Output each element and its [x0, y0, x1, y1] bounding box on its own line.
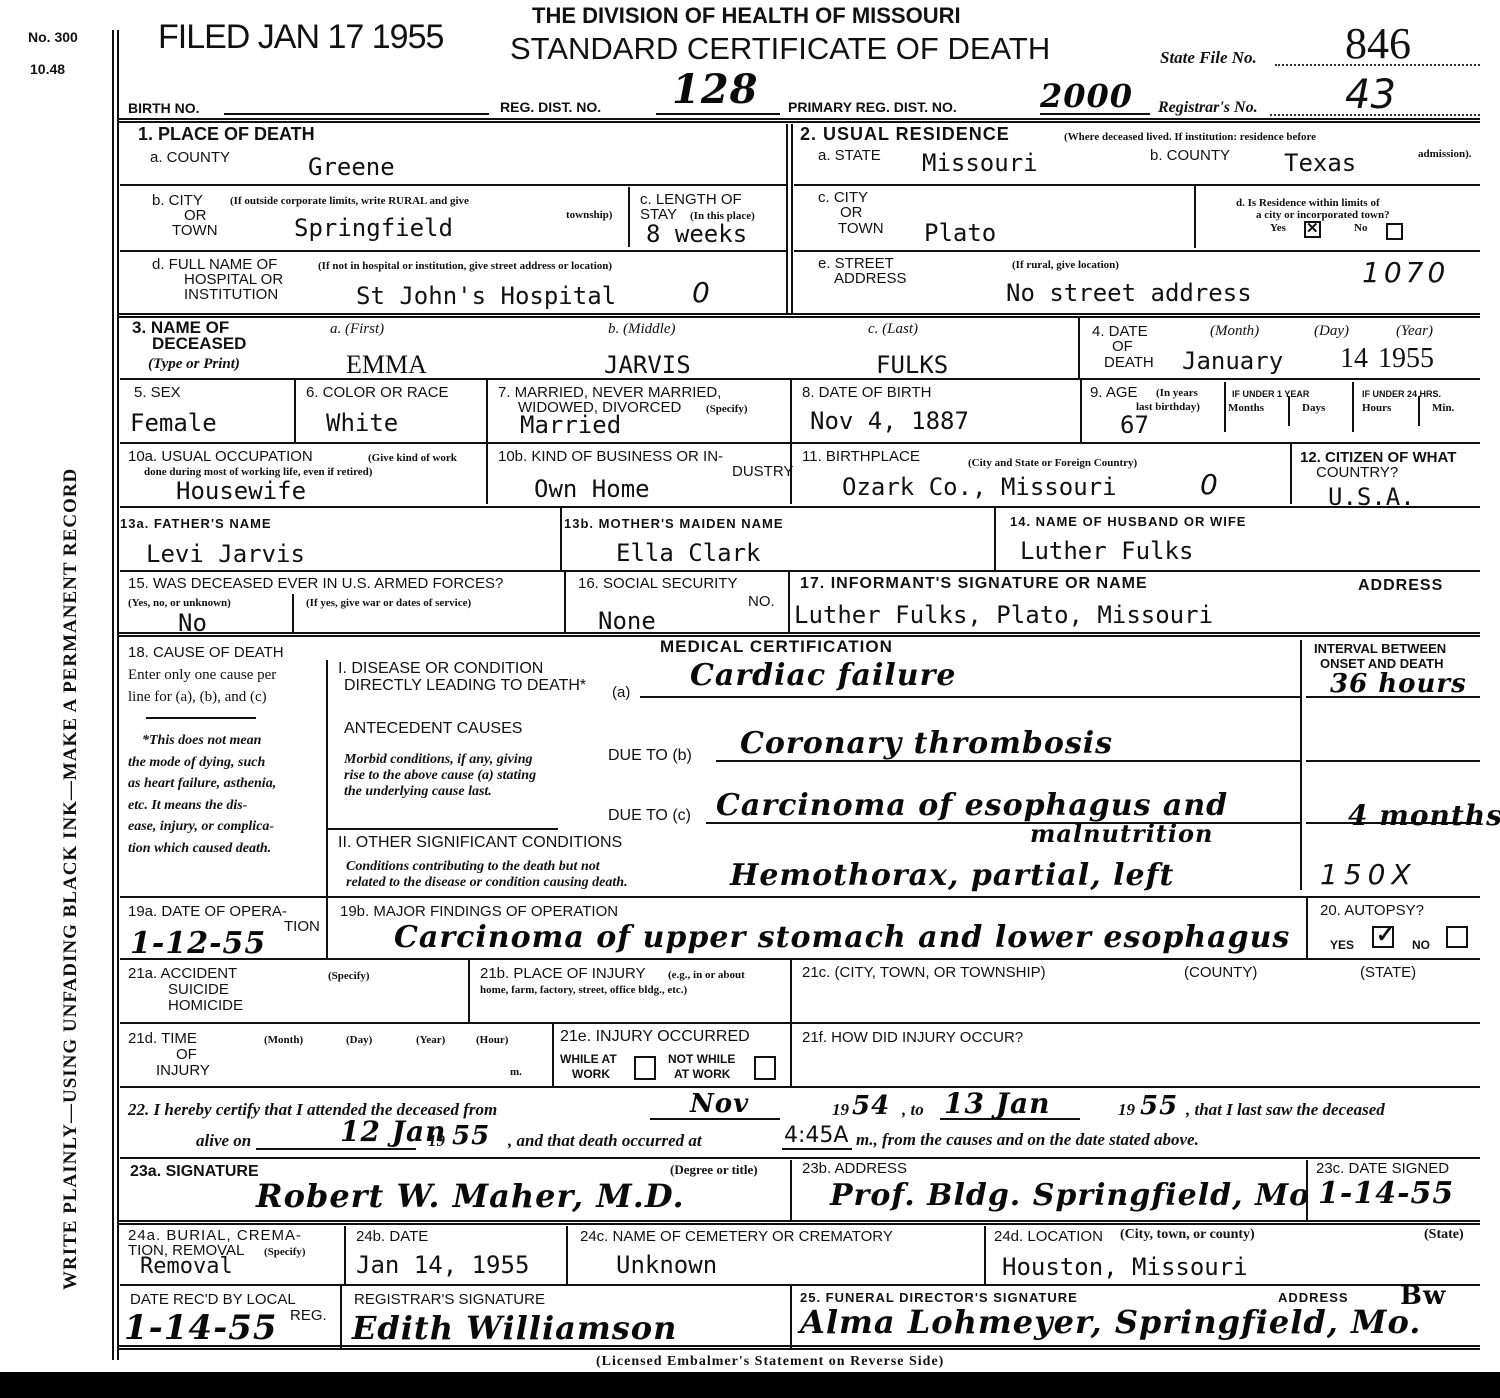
hospital-label: d. FULL NAME OF — [152, 257, 277, 272]
autopsy-yes-checkbox[interactable]: ✓ — [1372, 926, 1394, 948]
disposition-location: Houston, Missouri — [1002, 1254, 1248, 1280]
birthplace-code: 0 — [1200, 468, 1218, 501]
length-of-stay: 8 weeks — [646, 221, 747, 247]
father-name: Levi Jarvis — [146, 541, 305, 567]
cause-a: Cardiac failure — [690, 660, 956, 692]
residence-city: Plato — [924, 220, 996, 246]
sex: Female — [130, 410, 217, 436]
residence-county: Texas — [1284, 150, 1356, 176]
informant: Luther Fulks, Plato, Missouri — [794, 602, 1213, 628]
autopsy-no-checkbox[interactable] — [1446, 926, 1468, 948]
operation-date: 1-12-55 — [130, 928, 266, 960]
hospital-name: St John's Hospital — [356, 283, 616, 309]
interval-a: 36 hours — [1330, 668, 1467, 700]
city-label: b. CITY — [152, 193, 203, 208]
state-file-label: State File No. — [1160, 50, 1257, 65]
occupation: Housewife — [176, 478, 306, 504]
death-county: Greene — [308, 154, 395, 180]
disposition-date: Jan 14, 1955 — [356, 1252, 529, 1278]
reg-dist-label: REG. DIST. NO. — [500, 100, 601, 115]
cause-footnote: *This does not mean the mode of dying, s… — [128, 730, 316, 859]
interval-c: 4 months — [1348, 800, 1500, 832]
social-security-no: None — [598, 608, 656, 634]
first-name: EMMA — [346, 352, 427, 378]
spouse-name: Luther Fulks — [1020, 538, 1193, 564]
side-instruction: WRITE PLAINLY—USING UNFADING BLACK INK—M… — [60, 468, 82, 1290]
reg-dist-no: 128 — [672, 74, 759, 106]
birth-no-label: BIRTH NO. — [128, 101, 200, 116]
hospital-code: 0 — [692, 276, 710, 309]
agency-name: THE DIVISION OF HEALTH OF MISSOURI — [532, 4, 961, 28]
limits-yes-checkbox[interactable]: ✕ — [1304, 221, 1321, 238]
limits-no-checkbox[interactable] — [1386, 223, 1403, 240]
residence-state: Missouri — [922, 150, 1038, 176]
other-code: 150X — [1320, 858, 1417, 891]
date-received: 1-14-55 — [124, 1312, 278, 1344]
date-signed: 1-14-55 — [1318, 1178, 1454, 1210]
cause-c-continued: malnutrition — [1030, 818, 1213, 850]
attended-to-year: 55 — [1140, 1090, 1178, 1122]
physician-address: Prof. Bldg. Springfield, Mo — [830, 1180, 1310, 1212]
usual-residence-label: 2. USUAL RESIDENCE — [800, 127, 1010, 142]
cemetery-name: Unknown — [616, 1252, 717, 1278]
mother-name: Ella Clark — [616, 540, 761, 566]
disposition-method: Removal — [140, 1254, 233, 1280]
border-left-inner — [117, 30, 119, 1360]
physician-signature: Robert W. Maher, M.D. — [256, 1180, 685, 1212]
age: 67 — [1120, 412, 1149, 438]
residence-county-label: b. COUNTY — [1150, 148, 1230, 163]
birthplace: Ozark Co., Missouri — [842, 474, 1117, 500]
street-code: 1070 — [1362, 256, 1449, 289]
operation-findings: Carcinoma of upper stomach and lower eso… — [394, 922, 1290, 954]
attended-from: Nov — [690, 1088, 749, 1120]
form-number: No. 300 — [28, 30, 78, 45]
stay-label: c. LENGTH OF — [640, 192, 742, 207]
attended-from-year: 54 — [852, 1090, 890, 1122]
marital-status: Married — [520, 412, 621, 438]
state-label: a. STATE — [818, 148, 881, 163]
street-address: No street address — [1006, 280, 1252, 306]
border-left — [112, 30, 114, 1360]
attended-to: 13 Jan — [944, 1088, 1050, 1120]
last-name: FULKS — [876, 352, 948, 378]
primary-reg-no: 2000 — [1040, 80, 1133, 112]
death-day: 14 — [1340, 346, 1368, 372]
primary-reg-label: PRIMARY REG. DIST. NO. — [788, 100, 957, 115]
footer-note: (Licensed Embalmer's Statement on Revers… — [596, 1354, 944, 1369]
middle-name: JARVIS — [604, 352, 691, 378]
death-month: January — [1182, 348, 1283, 374]
death-time: 4:45A — [784, 1123, 848, 1148]
business: Own Home — [534, 476, 650, 502]
registrar-no: 43 — [1345, 72, 1396, 118]
state-file-number: 846 — [1345, 18, 1411, 69]
last-seen-year: 55 — [452, 1120, 490, 1152]
not-at-work-checkbox[interactable] — [754, 1056, 776, 1080]
birth-no-field — [224, 113, 489, 115]
funeral-director: Alma Lohmeyer, Springfield, Mo. — [800, 1306, 1421, 1338]
date-of-birth: Nov 4, 1887 — [810, 408, 969, 434]
scan-border — [0, 1372, 1500, 1398]
other-conditions: Hemothorax, partial, left — [730, 860, 1174, 892]
certificate-title: STANDARD CERTIFICATE OF DEATH — [510, 32, 1050, 66]
death-city: Springfield — [294, 215, 453, 241]
county-label: a. COUNTY — [150, 150, 230, 165]
registrar-no-label: Registrar's No. — [1158, 100, 1258, 115]
medical-certification-title: MEDICAL CERTIFICATION — [660, 639, 893, 654]
cause-b: Coronary thrombosis — [740, 728, 1113, 760]
while-at-work-checkbox[interactable] — [634, 1056, 656, 1080]
place-of-death-label: 1. PLACE OF DEATH — [138, 127, 315, 142]
death-year: 1955 — [1378, 346, 1434, 372]
filed-stamp: FILED JAN 17 1955 — [158, 18, 443, 57]
race: White — [326, 410, 398, 436]
form-revision: 10.48 — [30, 62, 65, 77]
registrar-signature: Edith Williamson — [352, 1312, 677, 1344]
